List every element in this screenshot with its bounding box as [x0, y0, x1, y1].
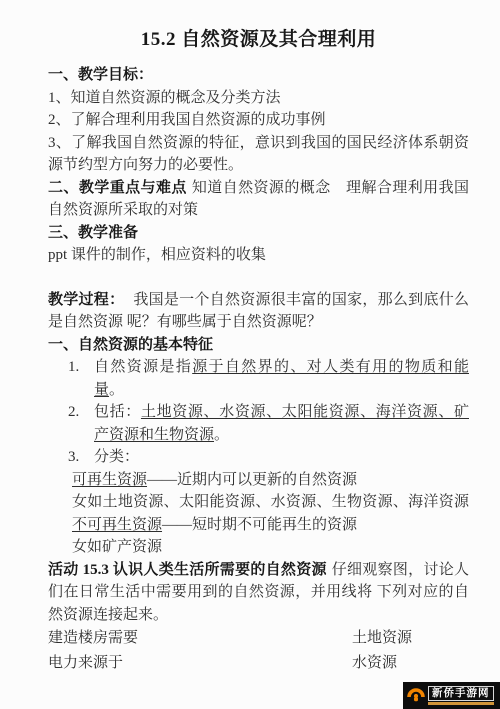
- watermark-url-bar: [428, 702, 494, 705]
- nonrenewable-term: 不可再生资源: [72, 517, 162, 533]
- match-left-label: 电力来源于: [48, 655, 123, 671]
- item-number: 1.: [68, 356, 94, 401]
- includes-underlined: 土地资源、水资源、太阳能资源、海洋资源、矿产资源和生物资源: [94, 404, 469, 443]
- section-heading-features: 一、自然资源的基本特征: [48, 334, 469, 357]
- classification-label: 分类：: [94, 446, 469, 469]
- renewable-examples-prefix: 女如土地资源、太阳能资源、水资源、生物资源、海洋资源: [72, 494, 469, 510]
- match-right-label: 土地资源: [352, 626, 412, 651]
- feature-item-definition-text: 自然资源是指源于自然界的、对人类有用的物质和能量。: [94, 356, 469, 401]
- renewable-term: 可再生资源: [72, 472, 147, 488]
- includes-prefix: 包括：: [94, 404, 141, 420]
- process-heading: 教学过程：: [48, 292, 124, 308]
- activity-paragraph: 活动 15.3 认识人类生活所需要的自然资源仔细观察图，讨论人们在日常生活中需要…: [48, 559, 469, 627]
- renewable-examples: 女如土地资源、太阳能资源、水资源、生物资源、海洋资源 不可再生资源——短时期不可…: [48, 491, 469, 536]
- watermark-badge: 新侨手游网: [403, 682, 500, 709]
- feature-item-definition: 1. 自然资源是指源于自然界的、对人类有用的物质和能量。: [68, 356, 469, 401]
- feature-item-includes-text: 包括：土地资源、水资源、太阳能资源、海洋资源、矿产资源和生物资源。: [94, 401, 469, 446]
- definition-suffix: 。: [109, 382, 124, 398]
- watermark-text-block: 新侨手游网: [428, 686, 494, 705]
- includes-suffix: 。: [214, 427, 229, 443]
- section-process: 教学过程：我国是一个自然资源很丰富的国家，那么到底什么是自然资源 呢？有哪些属于…: [48, 289, 469, 334]
- activity-heading: 活动 15.3 认识人类生活所需要的自然资源: [48, 562, 327, 578]
- feature-item-includes: 2. 包括：土地资源、水资源、太阳能资源、海洋资源、矿产资源和生物资源。: [68, 401, 469, 446]
- definition-prefix: 自然资源是指: [94, 359, 192, 375]
- watermark-site-name: 新侨手游网: [428, 686, 494, 701]
- goal-item-3: 3、了解我国自然资源的特征，意识到我国的国民经济体系朝资源节约型方向努力的必要性…: [48, 132, 469, 177]
- preparation-text: ppt 课件的制作，相应资料的收集: [48, 244, 469, 267]
- match-row: 电力来源于 水资源: [48, 651, 469, 676]
- section-heading-preparation: 三、教学准备: [48, 222, 469, 245]
- section-heading-goals: 一、教学目标：: [48, 64, 469, 87]
- page-title: 15.2 自然资源及其合理利用: [48, 27, 469, 53]
- section-key-points: 二、教学重点与难点知道自然资源的概念 理解合理利用我国自然资源所采取的对策: [48, 177, 469, 222]
- document-page: 15.2 自然资源及其合理利用 一、教学目标： 1、知道自然资源的概念及分类方法…: [0, 0, 500, 676]
- nonrenewable-rest: ——短时期不可能再生的资源: [162, 517, 357, 533]
- goal-item-1: 1、知道自然资源的概念及分类方法: [48, 87, 469, 110]
- key-points-heading: 二、教学重点与难点: [48, 180, 187, 196]
- feature-item-classification: 3. 分类：: [68, 446, 469, 469]
- match-left-label: 建造楼房需要: [48, 630, 138, 646]
- item-number: 3.: [68, 446, 94, 469]
- renewable-rest: ——近期内可以更新的自然资源: [147, 472, 357, 488]
- blank-line: [48, 267, 469, 289]
- house-icon: [407, 685, 425, 707]
- item-number: 2.: [68, 401, 94, 446]
- nonrenewable-example: 女如矿产资源: [48, 536, 469, 559]
- match-right-label: 水资源: [352, 651, 397, 676]
- match-row: 建造楼房需要 土地资源: [48, 626, 469, 651]
- renewable-definition: 可再生资源——近期内可以更新的自然资源: [48, 469, 469, 492]
- goal-item-2: 2、了解合理利用我国自然资源的成功事例: [48, 109, 469, 132]
